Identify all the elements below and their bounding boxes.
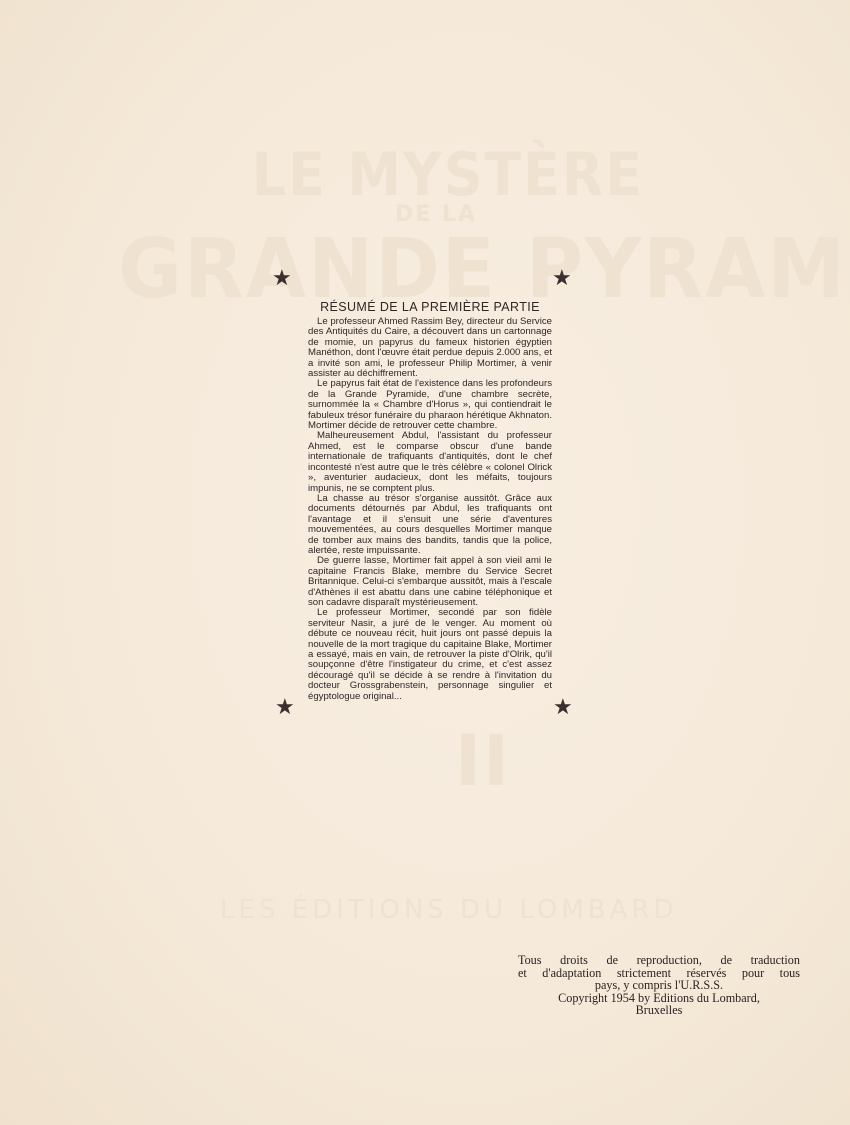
summary-paragraph: De guerre lasse, Mortimer fait appel à s…: [308, 556, 552, 608]
summary-paragraph: Le papyrus fait état de l'existence dans…: [308, 379, 552, 431]
summary-paragraph: Le professeur Mortimer, secondé par son …: [308, 608, 552, 702]
star-icon: ★: [552, 267, 572, 289]
copyright-line: Tous droits de reproduction, de traducti…: [518, 954, 800, 967]
copyright-notice: Tous droits de reproduction, de traducti…: [518, 954, 800, 1017]
summary-title: RÉSUMÉ DE LA PREMIÈRE PARTIE: [308, 300, 552, 314]
star-icon: ★: [275, 696, 295, 718]
summary-paragraph: Malheureusement Abdul, l'assistant du pr…: [308, 431, 552, 493]
summary-paragraph: La chasse au trésor s'organise aussitôt.…: [308, 494, 552, 556]
copyright-line: pays, y compris l'U.R.S.S.: [518, 979, 800, 992]
show-through-volume: II: [455, 720, 511, 802]
show-through-publisher: LES ÉDITIONS DU LOMBARD: [220, 895, 678, 925]
star-icon: ★: [272, 267, 292, 289]
summary-paragraph: Le professeur Ahmed Rassim Bey, directeu…: [308, 317, 552, 379]
star-icon: ★: [553, 696, 573, 718]
book-page: LE MYSTÈRE DE LA GRANDE PYRAMIDE II LES …: [0, 0, 850, 1125]
show-through-title-line1: LE MYSTÈRE: [252, 140, 644, 210]
summary-block: RÉSUMÉ DE LA PREMIÈRE PARTIE Le professe…: [308, 300, 552, 702]
copyright-line: Bruxelles: [518, 1004, 800, 1017]
